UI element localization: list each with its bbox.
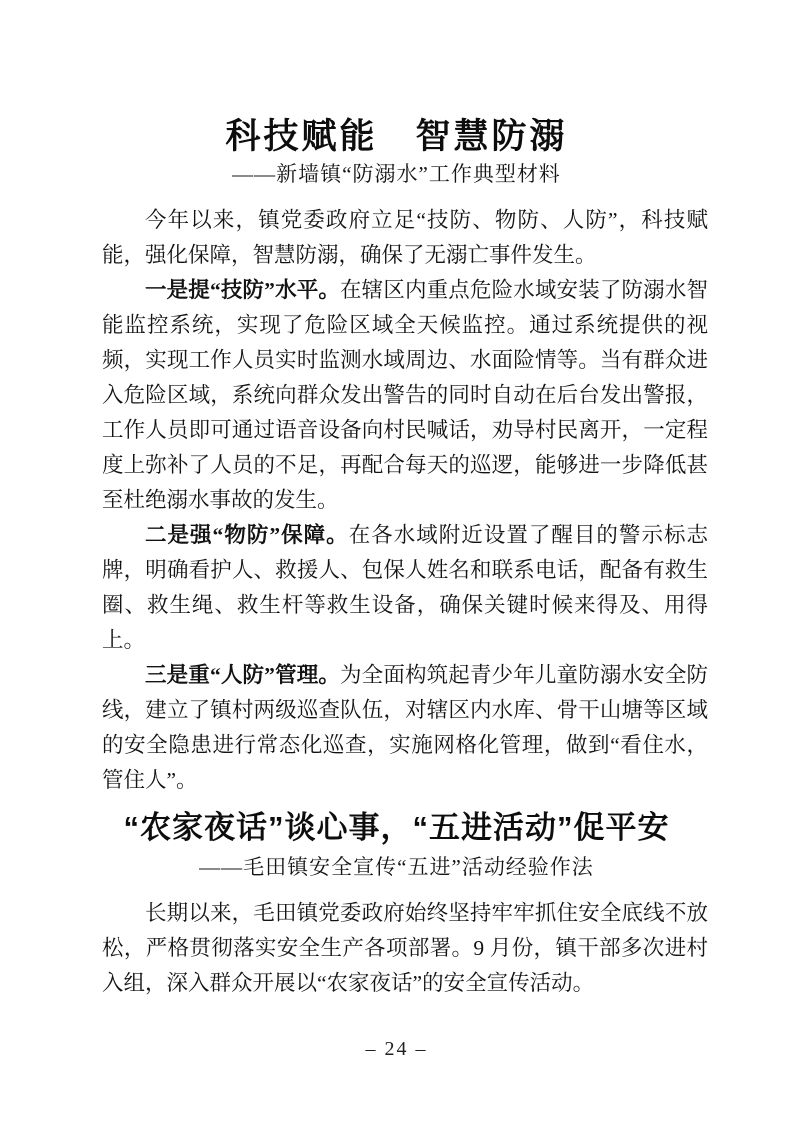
- paragraph-lead: 一是提“技防”水平。: [145, 278, 340, 302]
- article-2-body: 长期以来，毛田镇党委政府始终坚持牢牢抓住安全底线不放松，严格贯彻落实安全生产各项…: [102, 896, 708, 1001]
- body-paragraph: 今年以来，镇党委政府立足“技防、物防、人防”，科技赋能，强化保障，智慧防溺，确保…: [102, 203, 708, 273]
- article-1-subtitle: ——新墙镇“防溺水”工作典型材料: [0, 158, 793, 188]
- paragraph-text: 今年以来，镇党委政府立足“技防、物防、人防”，科技赋能，强化保障，智慧防溺，确保…: [102, 208, 708, 267]
- body-paragraph: 二是强“物防”保障。在各水域附近设置了醒目的警示标志牌，明确看护人、救援人、包保…: [102, 518, 708, 658]
- document-page: 科技赋能 智慧防溺 ——新墙镇“防溺水”工作典型材料 今年以来，镇党委政府立足“…: [0, 0, 793, 1122]
- page-number: – 24 –: [0, 1038, 793, 1061]
- paragraph-lead: 三是重“人防”管理。: [145, 663, 340, 687]
- article-1-body: 今年以来，镇党委政府立足“技防、物防、人防”，科技赋能，强化保障，智慧防溺，确保…: [102, 203, 708, 798]
- article-2-subtitle: ——毛田镇安全宣传“五进”活动经验作法: [0, 851, 793, 881]
- paragraph-text: 长期以来，毛田镇党委政府始终坚持牢牢抓住安全底线不放松，严格贯彻落实安全生产各项…: [102, 901, 708, 995]
- body-paragraph: 三是重“人防”管理。为全面构筑起青少年儿童防溺水安全防线，建立了镇村两级巡查队伍…: [102, 658, 708, 798]
- article-1-title: 科技赋能 智慧防溺: [0, 109, 793, 159]
- paragraph-text: 在辖区内重点危险水域安装了防溺水智能监控系统，实现了危险区域全天候监控。通过系统…: [102, 278, 708, 512]
- body-paragraph: 长期以来，毛田镇党委政府始终坚持牢牢抓住安全底线不放松，严格贯彻落实安全生产各项…: [102, 896, 708, 1001]
- article-2-title: “农家夜话”谈心事，“五进活动”促平安: [0, 802, 793, 847]
- body-paragraph: 一是提“技防”水平。在辖区内重点危险水域安装了防溺水智能监控系统，实现了危险区域…: [102, 273, 708, 518]
- paragraph-lead: 二是强“物防”保障。: [145, 523, 349, 547]
